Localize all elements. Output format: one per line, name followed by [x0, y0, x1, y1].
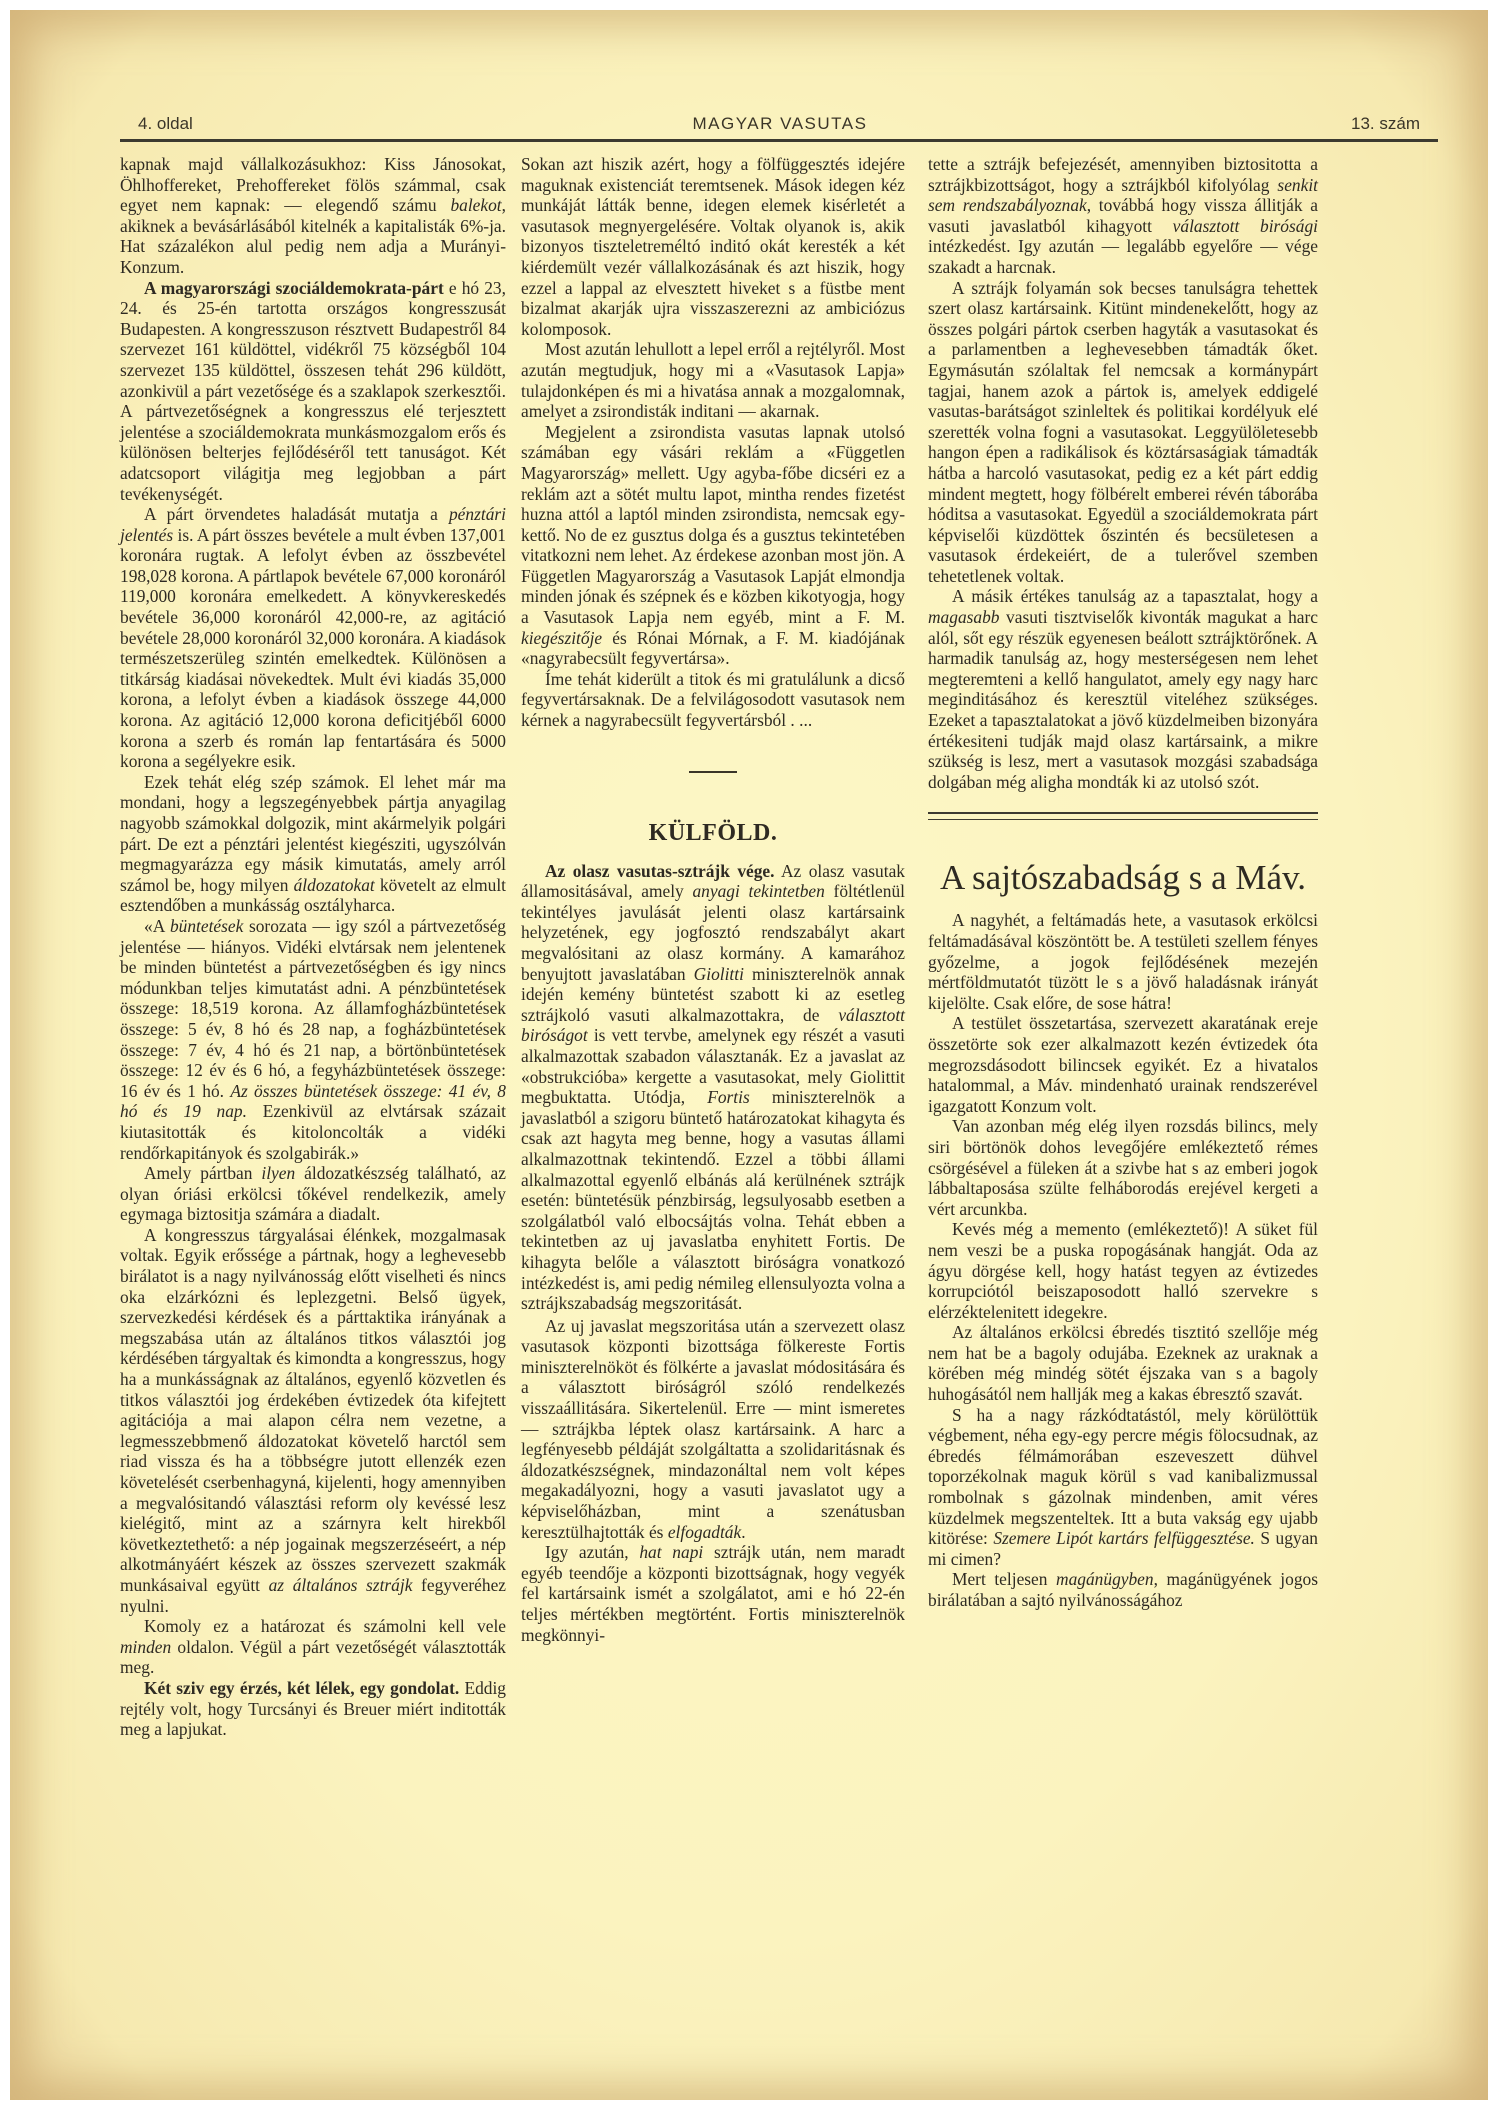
news-lead: Az olasz vasutas-sztrájk vége.	[545, 861, 775, 881]
section-separator	[689, 771, 737, 773]
paragraph: Most azután lehullott a lepel erről a re…	[521, 339, 905, 421]
page-header: 4. oldal MAGYAR VASUTAS 13. szám	[120, 110, 1440, 142]
paragraph: Sokan azt hiszik azért, hogy a fölfügges…	[521, 154, 905, 339]
paragraph: kapnak majd vállalkozásukhoz: Kiss János…	[120, 154, 506, 278]
paragraph: Ezek tehát elég szép számok. El lehet má…	[120, 772, 506, 916]
paragraph: Igy azután, hat napi sztrájk után, nem m…	[521, 1542, 905, 1645]
issue-number: 13. szám	[1351, 114, 1420, 134]
paragraph: Az olasz vasutas-sztrájk vége. Az olasz …	[521, 861, 905, 1314]
column-middle: Sokan azt hiszik azért, hogy a fölfügges…	[521, 154, 905, 1645]
paragraph: Megjelent a zsirondista vasutas lapnak u…	[521, 422, 905, 669]
column-left: kapnak majd vállalkozásukhoz: Kiss János…	[120, 154, 506, 1740]
paragraph: A másik értékes tanulság az a tapasztala…	[928, 586, 1318, 792]
article-title: A sajtószabadság s a Máv.	[928, 858, 1318, 898]
paragraph: tette a sztrájk befejezését, amennyiben …	[928, 154, 1318, 278]
paragraph: Az általános erkölcsi ébredés tisztitó s…	[928, 1322, 1318, 1404]
newspaper-page: 4. oldal MAGYAR VASUTAS 13. szám kapnak …	[10, 10, 1488, 2100]
section-heading-kulfold: KÜLFÖLD.	[521, 819, 905, 847]
masthead-title: MAGYAR VASUTAS	[120, 114, 1440, 134]
paragraph: Komoly ez a határozat és számolni kell v…	[120, 1616, 506, 1678]
paragraph: A sztrájk folyamán sok becses tanulságra…	[928, 278, 1318, 587]
news-lead: Két sziv egy érzés, két lélek, egy gondo…	[144, 1678, 459, 1698]
paragraph: Két sziv egy érzés, két lélek, egy gondo…	[120, 1678, 506, 1740]
paragraph: A magyarországi szociáldemokrata-párt e …	[120, 278, 506, 505]
paragraph: S ha a nagy rázkódtatástól, mely körülöt…	[928, 1405, 1318, 1570]
paragraph: A testület összetartása, szervezett akar…	[928, 1013, 1318, 1116]
paragraph: «A büntetések sorozata — igy szól a párt…	[120, 916, 506, 1163]
paragraph: A kongresszus tárgyalásai élénkek, mozga…	[120, 1225, 506, 1616]
paragraph: Van azonban még elég ilyen rozsdás bilin…	[928, 1116, 1318, 1219]
column-right: tette a sztrájk befejezését, amennyiben …	[928, 154, 1318, 1611]
paragraph: A nagyhét, a feltámadás hete, a vasutaso…	[928, 910, 1318, 1013]
news-lead: A magyarországi szociáldemokrata-párt	[144, 278, 444, 298]
paragraph: Íme tehát kiderült a titok és mi gratulá…	[521, 669, 905, 731]
paragraph: Amely pártban ilyen áldozatkészség talál…	[120, 1163, 506, 1225]
paragraph: A párt örvendetes haladását mutatja a pé…	[120, 504, 506, 772]
paragraph: Kevés még a memento (emlékeztető)! A sük…	[928, 1219, 1318, 1322]
paragraph: Az uj javaslat megszoritása után a szerv…	[521, 1316, 905, 1543]
header-rule	[120, 139, 1438, 142]
article-separator-rule	[928, 812, 1318, 820]
paragraph: Mert teljesen magánügyben, magánügyének …	[928, 1569, 1318, 1610]
